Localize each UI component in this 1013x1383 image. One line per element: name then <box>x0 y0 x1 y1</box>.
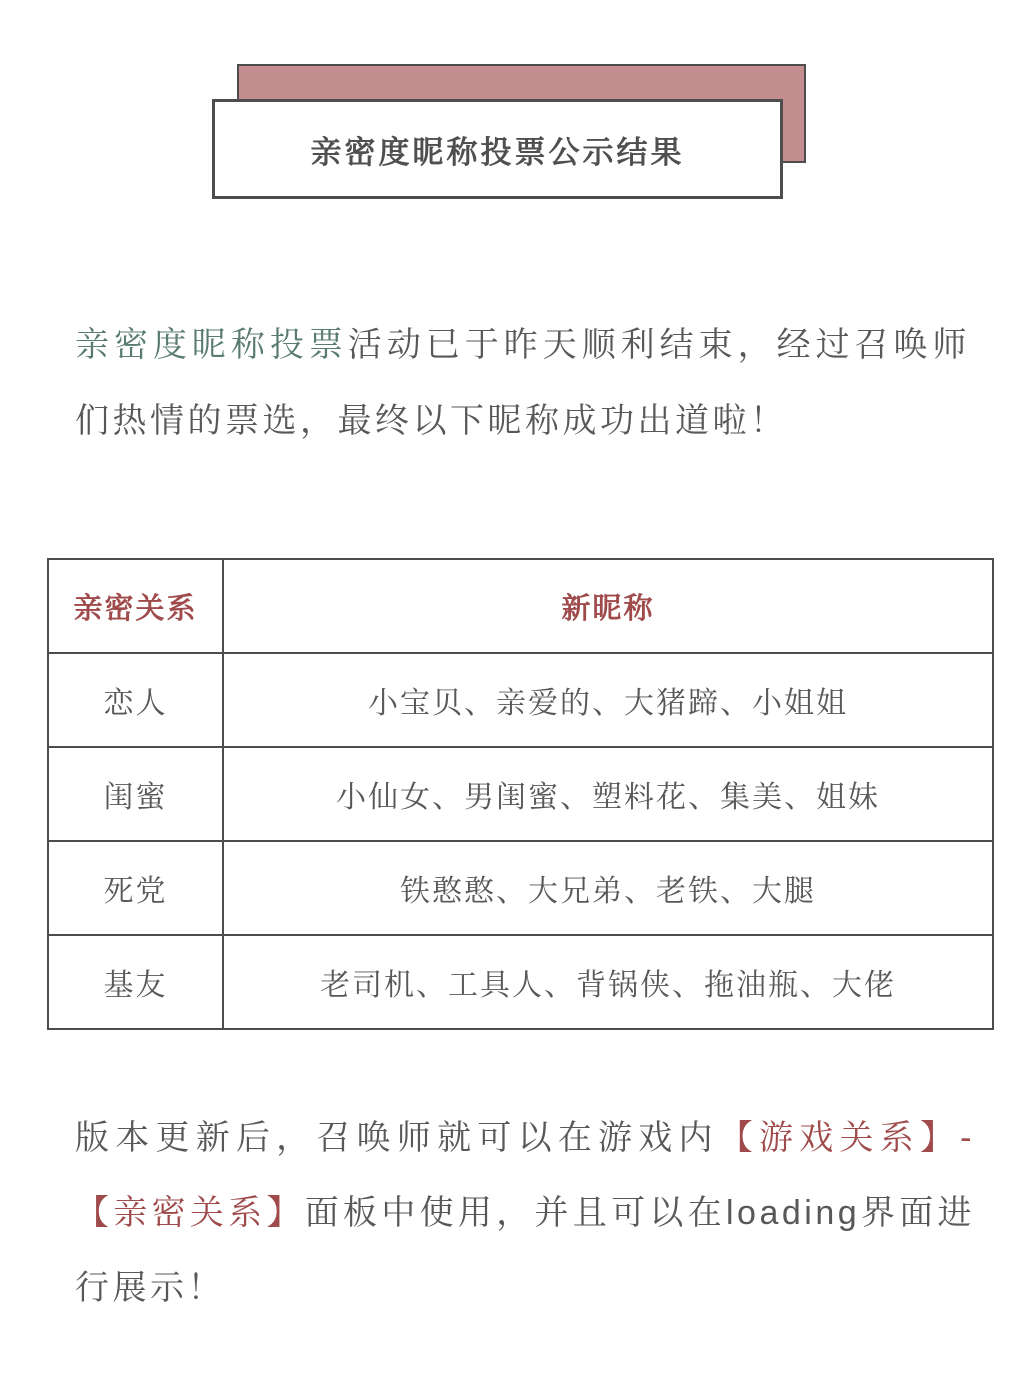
title-banner: 亲密度昵称投票公示结果 <box>212 99 783 199</box>
outro-highlight-game-relation: 【游戏关系】- <box>719 1119 975 1157</box>
intro-highlight: 亲密度昵称投票 <box>75 326 348 364</box>
relation-cell: 死党 <box>48 841 223 935</box>
table-row: 死党 铁憨憨、大兄弟、老铁、大腿 <box>48 841 993 935</box>
outro-paragraph: 版本更新后，召唤师就可以在游戏内【游戏关系】-【亲密关系】面板中使用，并且可以在… <box>75 1101 975 1326</box>
relation-cell: 闺蜜 <box>48 747 223 841</box>
table-row: 恋人 小宝贝、亲爱的、大猪蹄、小姐姐 <box>48 653 993 747</box>
table-header-row: 亲密关系 新昵称 <box>48 559 993 653</box>
nickname-result-table: 亲密关系 新昵称 恋人 小宝贝、亲爱的、大猪蹄、小姐姐 闺蜜 小仙女、男闺蜜、塑… <box>47 558 994 1030</box>
page-title: 亲密度昵称投票公示结果 <box>311 127 685 172</box>
relation-cell: 基友 <box>48 935 223 1029</box>
relation-cell: 恋人 <box>48 653 223 747</box>
table-row: 基友 老司机、工具人、背锅侠、拖油瓶、大佬 <box>48 935 993 1029</box>
outro-highlight-intimate-relation: 【亲密关系】 <box>75 1194 305 1232</box>
nicknames-cell: 小宝贝、亲爱的、大猪蹄、小姐姐 <box>223 653 993 747</box>
table-row: 闺蜜 小仙女、男闺蜜、塑料花、集美、姐妹 <box>48 747 993 841</box>
header-nickname: 新昵称 <box>223 559 993 653</box>
header-relation: 亲密关系 <box>48 559 223 653</box>
nicknames-cell: 老司机、工具人、背锅侠、拖油瓶、大佬 <box>223 935 993 1029</box>
intro-paragraph: 亲密度昵称投票活动已于昨天顺利结束，经过召唤师们热情的票选，最终以下昵称成功出道… <box>75 307 970 459</box>
nicknames-cell: 铁憨憨、大兄弟、老铁、大腿 <box>223 841 993 935</box>
outro-segment-1: 版本更新后，召唤师就可以在游戏内 <box>75 1119 719 1157</box>
nicknames-cell: 小仙女、男闺蜜、塑料花、集美、姐妹 <box>223 747 993 841</box>
